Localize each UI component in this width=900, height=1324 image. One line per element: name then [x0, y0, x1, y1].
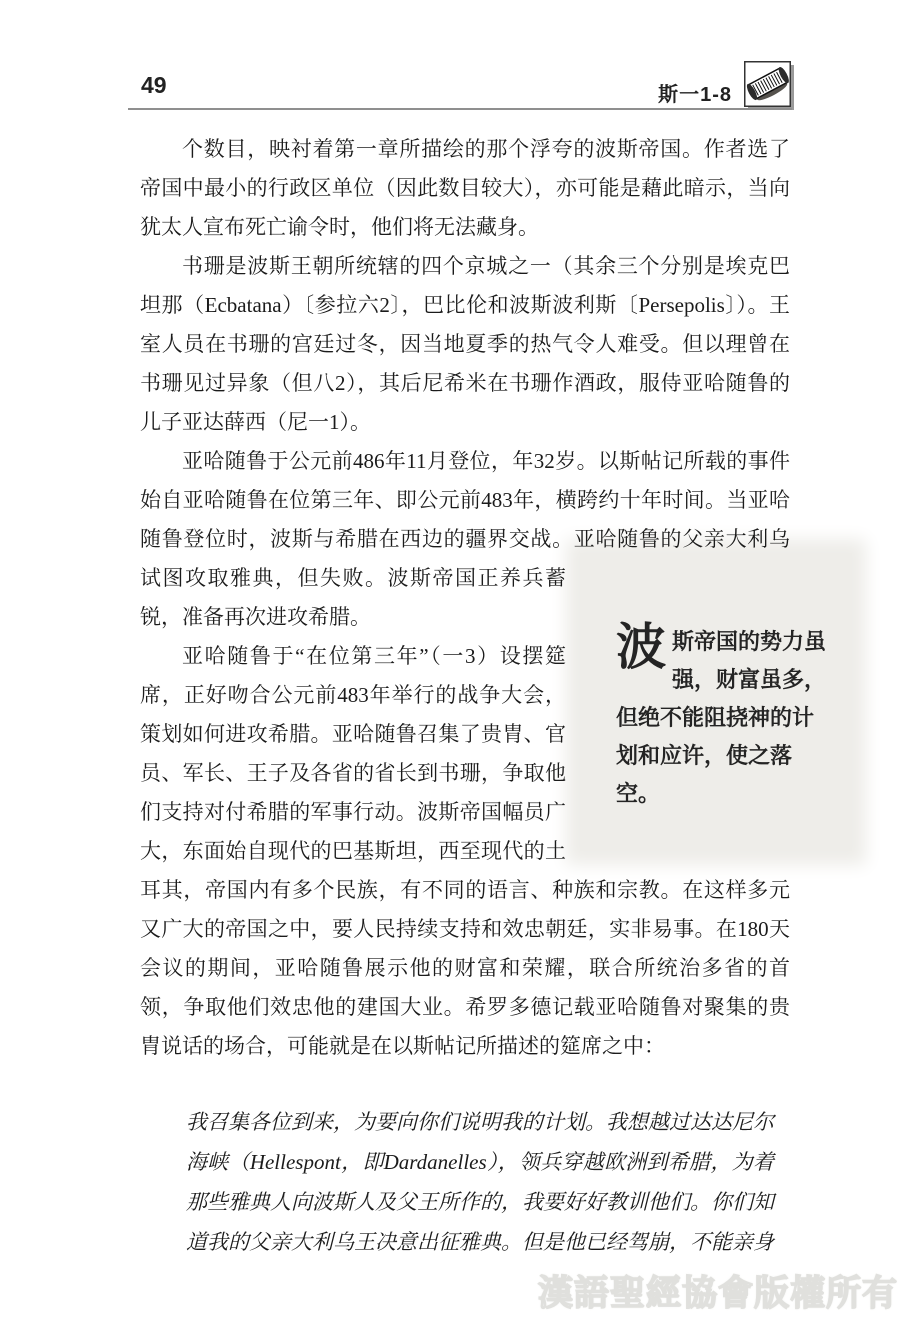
header-rule — [128, 108, 792, 110]
pull-quote: 波斯帝国的势力虽强，财富虽多，但绝不能阻挠神的计划和应许，使之落空。 — [580, 553, 852, 851]
section-reference: 斯一1-8 — [658, 78, 732, 107]
book-page: { "header": { "page_number": "49", "sect… — [0, 0, 900, 1324]
paragraph-1: 个数目，映衬着第一章所描绘的那个浮夸的波斯帝国。作者选了帝国中最小的行政区单位（… — [140, 130, 790, 247]
page-body: 个数目，映衬着第一章所描绘的那个浮夸的波斯帝国。作者选了帝国中最小的行政区单位（… — [140, 130, 790, 1262]
paragraph-3: 亚哈随鲁于公元前486年11月登位，年32岁。以斯帖记所载的事件始自亚哈随鲁在位… — [140, 442, 790, 637]
paragraph-2: 书珊是波斯王朝所统辖的四个京城之一（其余三个分别是埃克巴坦那（Ecbatana）… — [140, 247, 790, 442]
page-number: 49 — [141, 72, 167, 99]
scroll-icon — [744, 61, 794, 110]
pull-quote-dropcap: 波 — [616, 625, 666, 669]
publisher-watermark: 漢語聖經協會版權所有 — [538, 1266, 898, 1316]
block-quote: 我召集各位到来，为要向你们说明我的计划。我想越过达达尼尔海峡（Hellespon… — [186, 1102, 774, 1262]
